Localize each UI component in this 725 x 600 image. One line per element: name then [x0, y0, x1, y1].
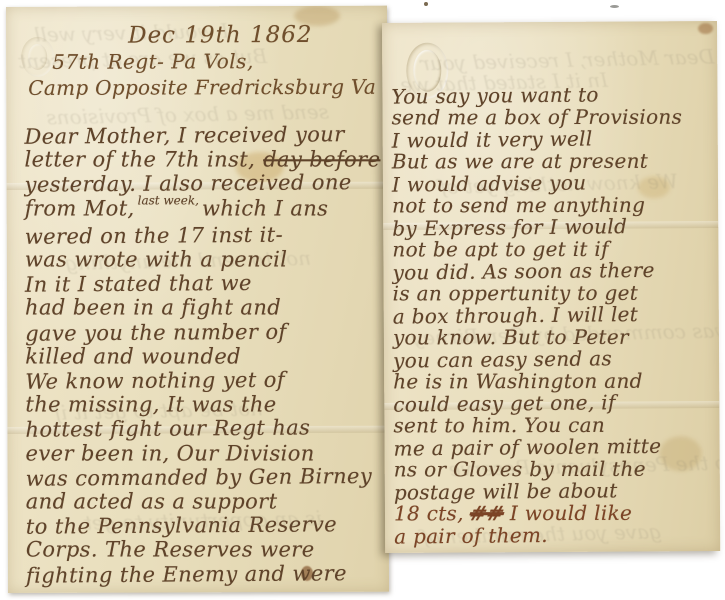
line-text: letter of the 7th inst, — [25, 148, 256, 172]
handwritten-line: 18 cts,##I would like — [394, 502, 685, 525]
handwritten-line: could easy get one, if — [393, 391, 684, 416]
letter-scan: I would it very well But as we are at pr… — [0, 0, 725, 600]
handwritten-line: is an oppertunity to get — [393, 282, 684, 305]
letter-page-left: I would it very well But as we are at pr… — [6, 6, 389, 593]
handwritten-line: In it I stated that we — [25, 270, 381, 297]
handwritten-line: was commanded by Gen Birney — [26, 464, 382, 491]
handwritten-line: a pair of them. — [394, 523, 685, 548]
handwritten-line: from Mot,last week,which I ans — [25, 196, 381, 223]
handwritten-line: you did. As soon as there — [392, 259, 683, 284]
handwritten-line: Corps. The Reserves were — [26, 538, 382, 562]
line-text: from Mot, — [25, 196, 135, 220]
handwritten-line: killed and wounded — [25, 344, 381, 368]
handwritten-line: to the Pennsylvania Reserve — [26, 512, 382, 539]
letter-page-right: Dear Mother, I received your In it I sta… — [382, 21, 720, 553]
handwritten-line: wered on the 17 inst it- — [25, 222, 381, 249]
handwritten-line: fighting the Enemy and were — [26, 561, 382, 588]
handwritten-line: send me a box of Provisions — [392, 106, 683, 129]
handwritten-line: Dear Mother, I received your — [24, 122, 380, 149]
scan-speck — [610, 5, 619, 8]
struck-text: day before — [263, 148, 380, 172]
letter-regiment: 57th Regt- Pa Vols, — [52, 49, 254, 74]
stain — [698, 23, 713, 34]
line-text: I would like — [510, 501, 632, 525]
handwritten-line: the missing, It was the — [25, 393, 381, 417]
handwritten-line: But as we are at present — [392, 150, 683, 173]
line-text: 18 cts, — [394, 501, 464, 525]
scan-speck — [424, 2, 428, 6]
inserted-text: last week, — [138, 193, 199, 207]
handwritten-line: ever been in, Our Division — [26, 441, 382, 465]
line-text: which I ans — [202, 196, 328, 220]
letter-date: Dec 19th 1862 — [128, 22, 313, 49]
letter-body-right: You say you want to send me a box of Pro… — [391, 83, 684, 547]
handwritten-line: letter of the 7th inst,day before — [25, 148, 381, 172]
handwritten-line: was wrote with a pencil — [25, 247, 381, 271]
letter-body-left: Dear Mother, I received your letter of t… — [24, 123, 382, 587]
scribble-strikeout: ## — [466, 502, 507, 524]
handwritten-line: hottest fight our Regt has — [25, 415, 381, 442]
handwritten-line: yesterday. I also received one — [25, 170, 381, 197]
handwritten-line: had been in a fight and — [25, 296, 381, 320]
handwritten-line: not to send me anything — [392, 194, 683, 217]
handwritten-line: a box through. I will let — [393, 303, 684, 328]
handwritten-line: ns or Gloves by mail the — [394, 458, 685, 481]
handwritten-line: gave you the number of — [25, 319, 381, 346]
handwritten-line: by Express for I would — [392, 215, 683, 240]
handwritten-line: We know nothing yet of — [25, 367, 381, 394]
handwritten-line: postage will be about — [394, 479, 685, 504]
handwritten-line: and acted as a support — [26, 489, 382, 513]
handwritten-line: he is in Washington and — [393, 370, 684, 393]
handwritten-line: you know. But to Peter — [393, 326, 684, 349]
letter-location: Camp Opposite Fredricksburg Va — [28, 75, 376, 100]
